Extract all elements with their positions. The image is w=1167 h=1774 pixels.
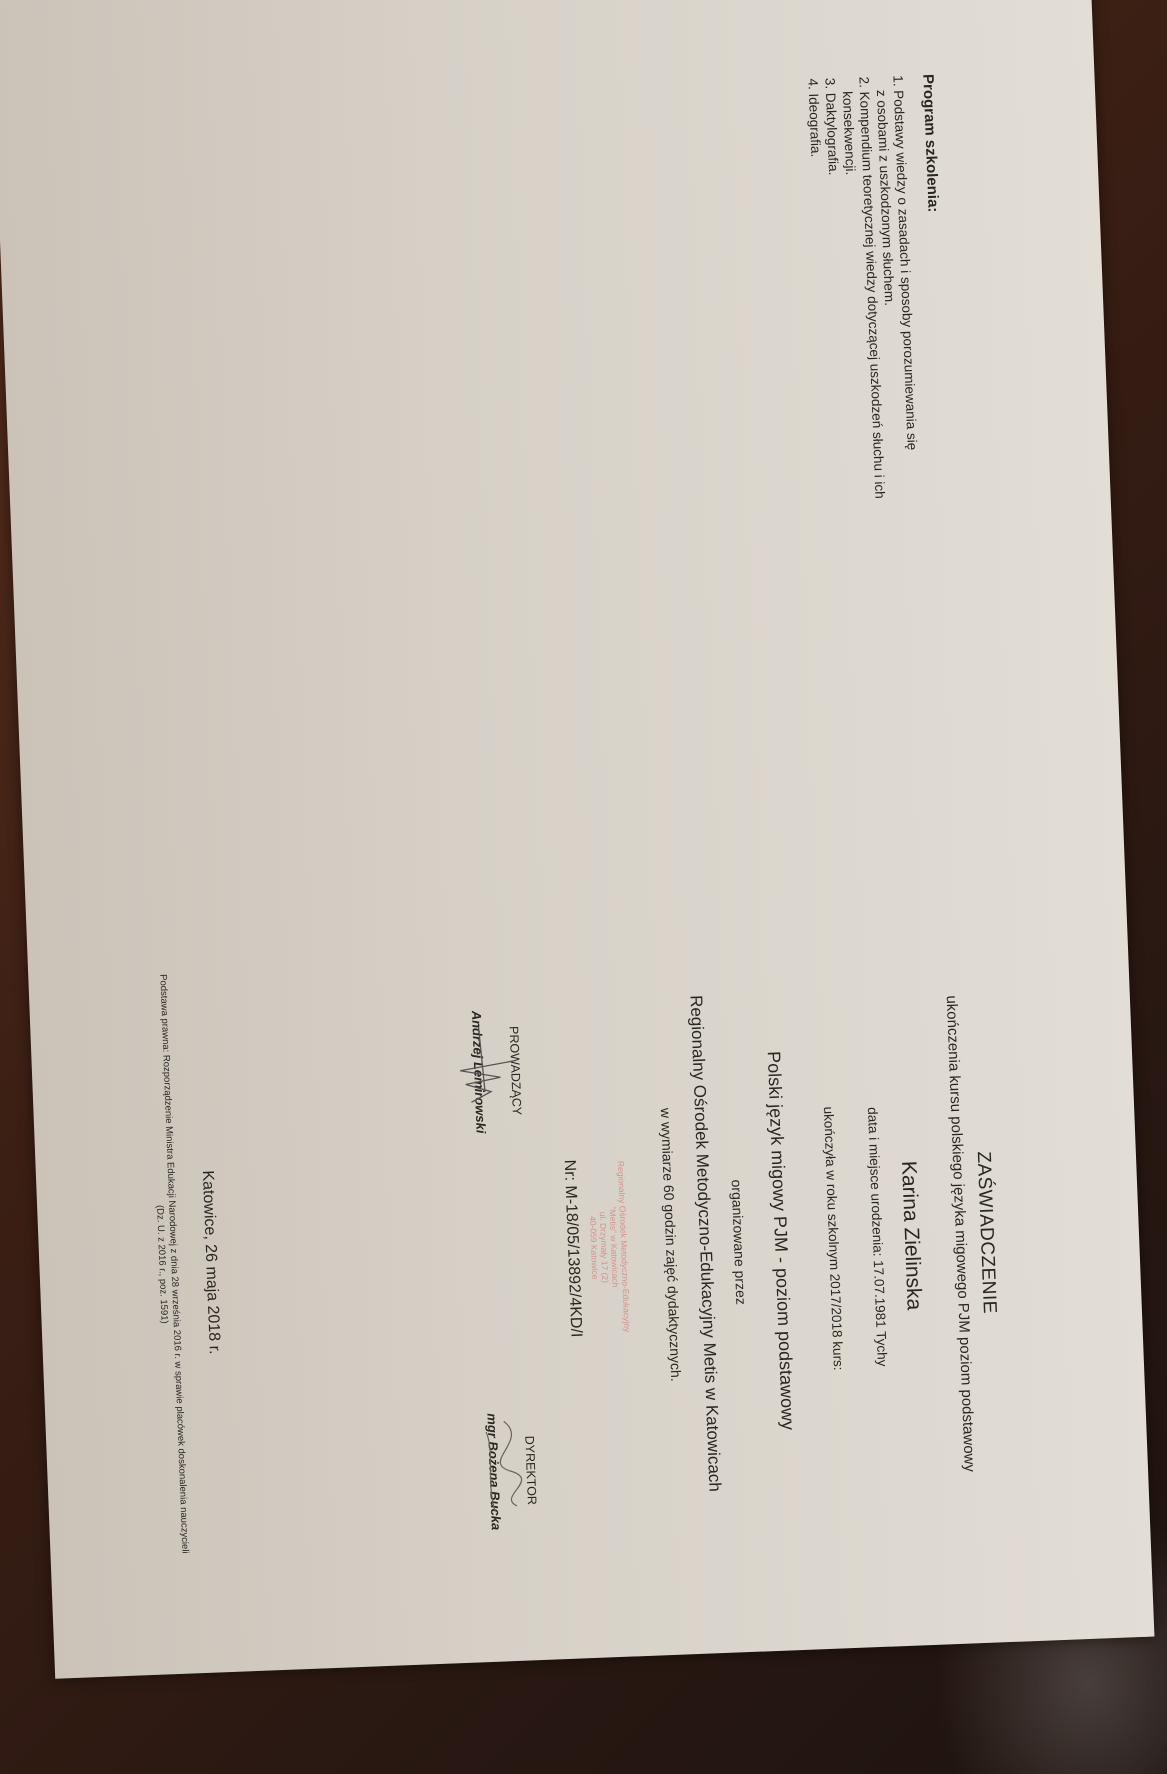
director-signature-icon <box>463 1410 538 1533</box>
program-title: Program szkolenia: <box>919 74 941 213</box>
place-and-date: Katowice, 26 maja 2018 r. <box>186 852 235 1672</box>
certificate-paper: Program szkolenia: 1. Podstawy wiedzy o … <box>0 0 1154 1679</box>
program-list: 1. Podstawy wiedzy o zasadach i sposoby … <box>804 75 922 501</box>
instructor-signature-icon <box>448 1020 523 1143</box>
school-year: ukończyła w roku szkolnym 2017/2018 kurs… <box>810 829 856 1649</box>
course-name: Polski język migowy PJM - poziom podstaw… <box>754 830 806 1650</box>
institution-stamp: Regionalny Ośrodek Metodyczno-Edukacyjny… <box>583 1097 634 1398</box>
document-content: Program szkolenia: 1. Podstawy wiedzy o … <box>0 0 1144 1679</box>
certificate-page: ZAŚWIADCZENIE ukończenia kursu polskiego… <box>24 818 1145 1679</box>
legal-basis: Podstawa prawna: Rozporządzenie Ministra… <box>140 854 195 1674</box>
program-page: Program szkolenia: 1. Podstawy wiedzy o … <box>0 68 1113 869</box>
